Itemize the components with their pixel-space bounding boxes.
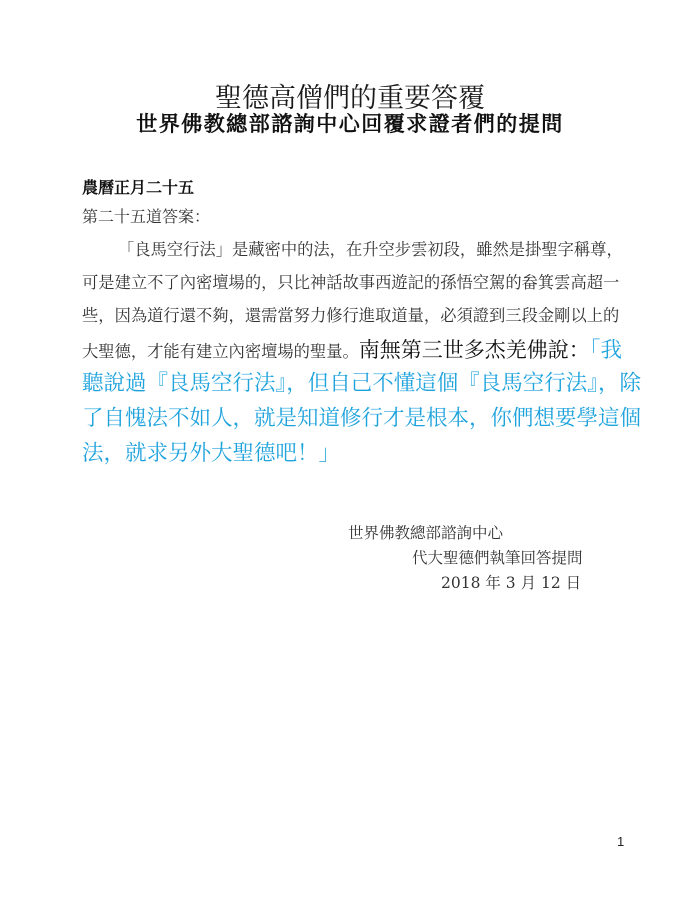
speaker-attribution: 南無第三世多杰羌佛說： xyxy=(359,338,590,362)
quote-line: 法，就求另外大聖德吧！」 xyxy=(82,436,340,467)
signature-organization: 世界佛教總部諮詢中心 xyxy=(348,521,503,543)
signature-date: 2018 年 3 月 12 日 xyxy=(441,571,581,593)
body-line: 「良馬空行法」是藏密中的法，在升空步雲初段，雖然是掛聖字稱尊， xyxy=(118,236,623,260)
quote-start: 「我 xyxy=(590,338,622,363)
body-line: 可是建立不了內密壇場的，只比神話故事西遊記的孫悟空駕的畚箕雲高超一 xyxy=(82,269,619,293)
body-line-text: 大聖德，才能有建立內密壇場的聖量。 xyxy=(82,342,359,361)
document-subtitle: 世界佛教總部諮詢中心回覆求證者們的提問 xyxy=(0,108,700,138)
lunar-date-heading: 農曆正月二十五 xyxy=(82,175,194,198)
body-line: 些，因為道行還不夠，還需當努力修行進取道量，必須證到三段金剛以上的 xyxy=(82,302,619,326)
answer-label: 第二十五道答案： xyxy=(82,204,210,227)
body-line-with-speaker: 大聖德，才能有建立內密壇場的聖量。南無第三世多杰羌佛說：「我 xyxy=(82,333,622,364)
page-number: 1 xyxy=(617,834,624,849)
signature-role: 代大聖德們執筆回答提問 xyxy=(412,546,583,568)
quote-line: 了自愧法不如人，就是知道修行才是根本，你們想要學這個 xyxy=(82,401,641,432)
quote-line: 聽說過『良馬空行法』，但自己不懂這個『良馬空行法』，除 xyxy=(82,366,641,397)
